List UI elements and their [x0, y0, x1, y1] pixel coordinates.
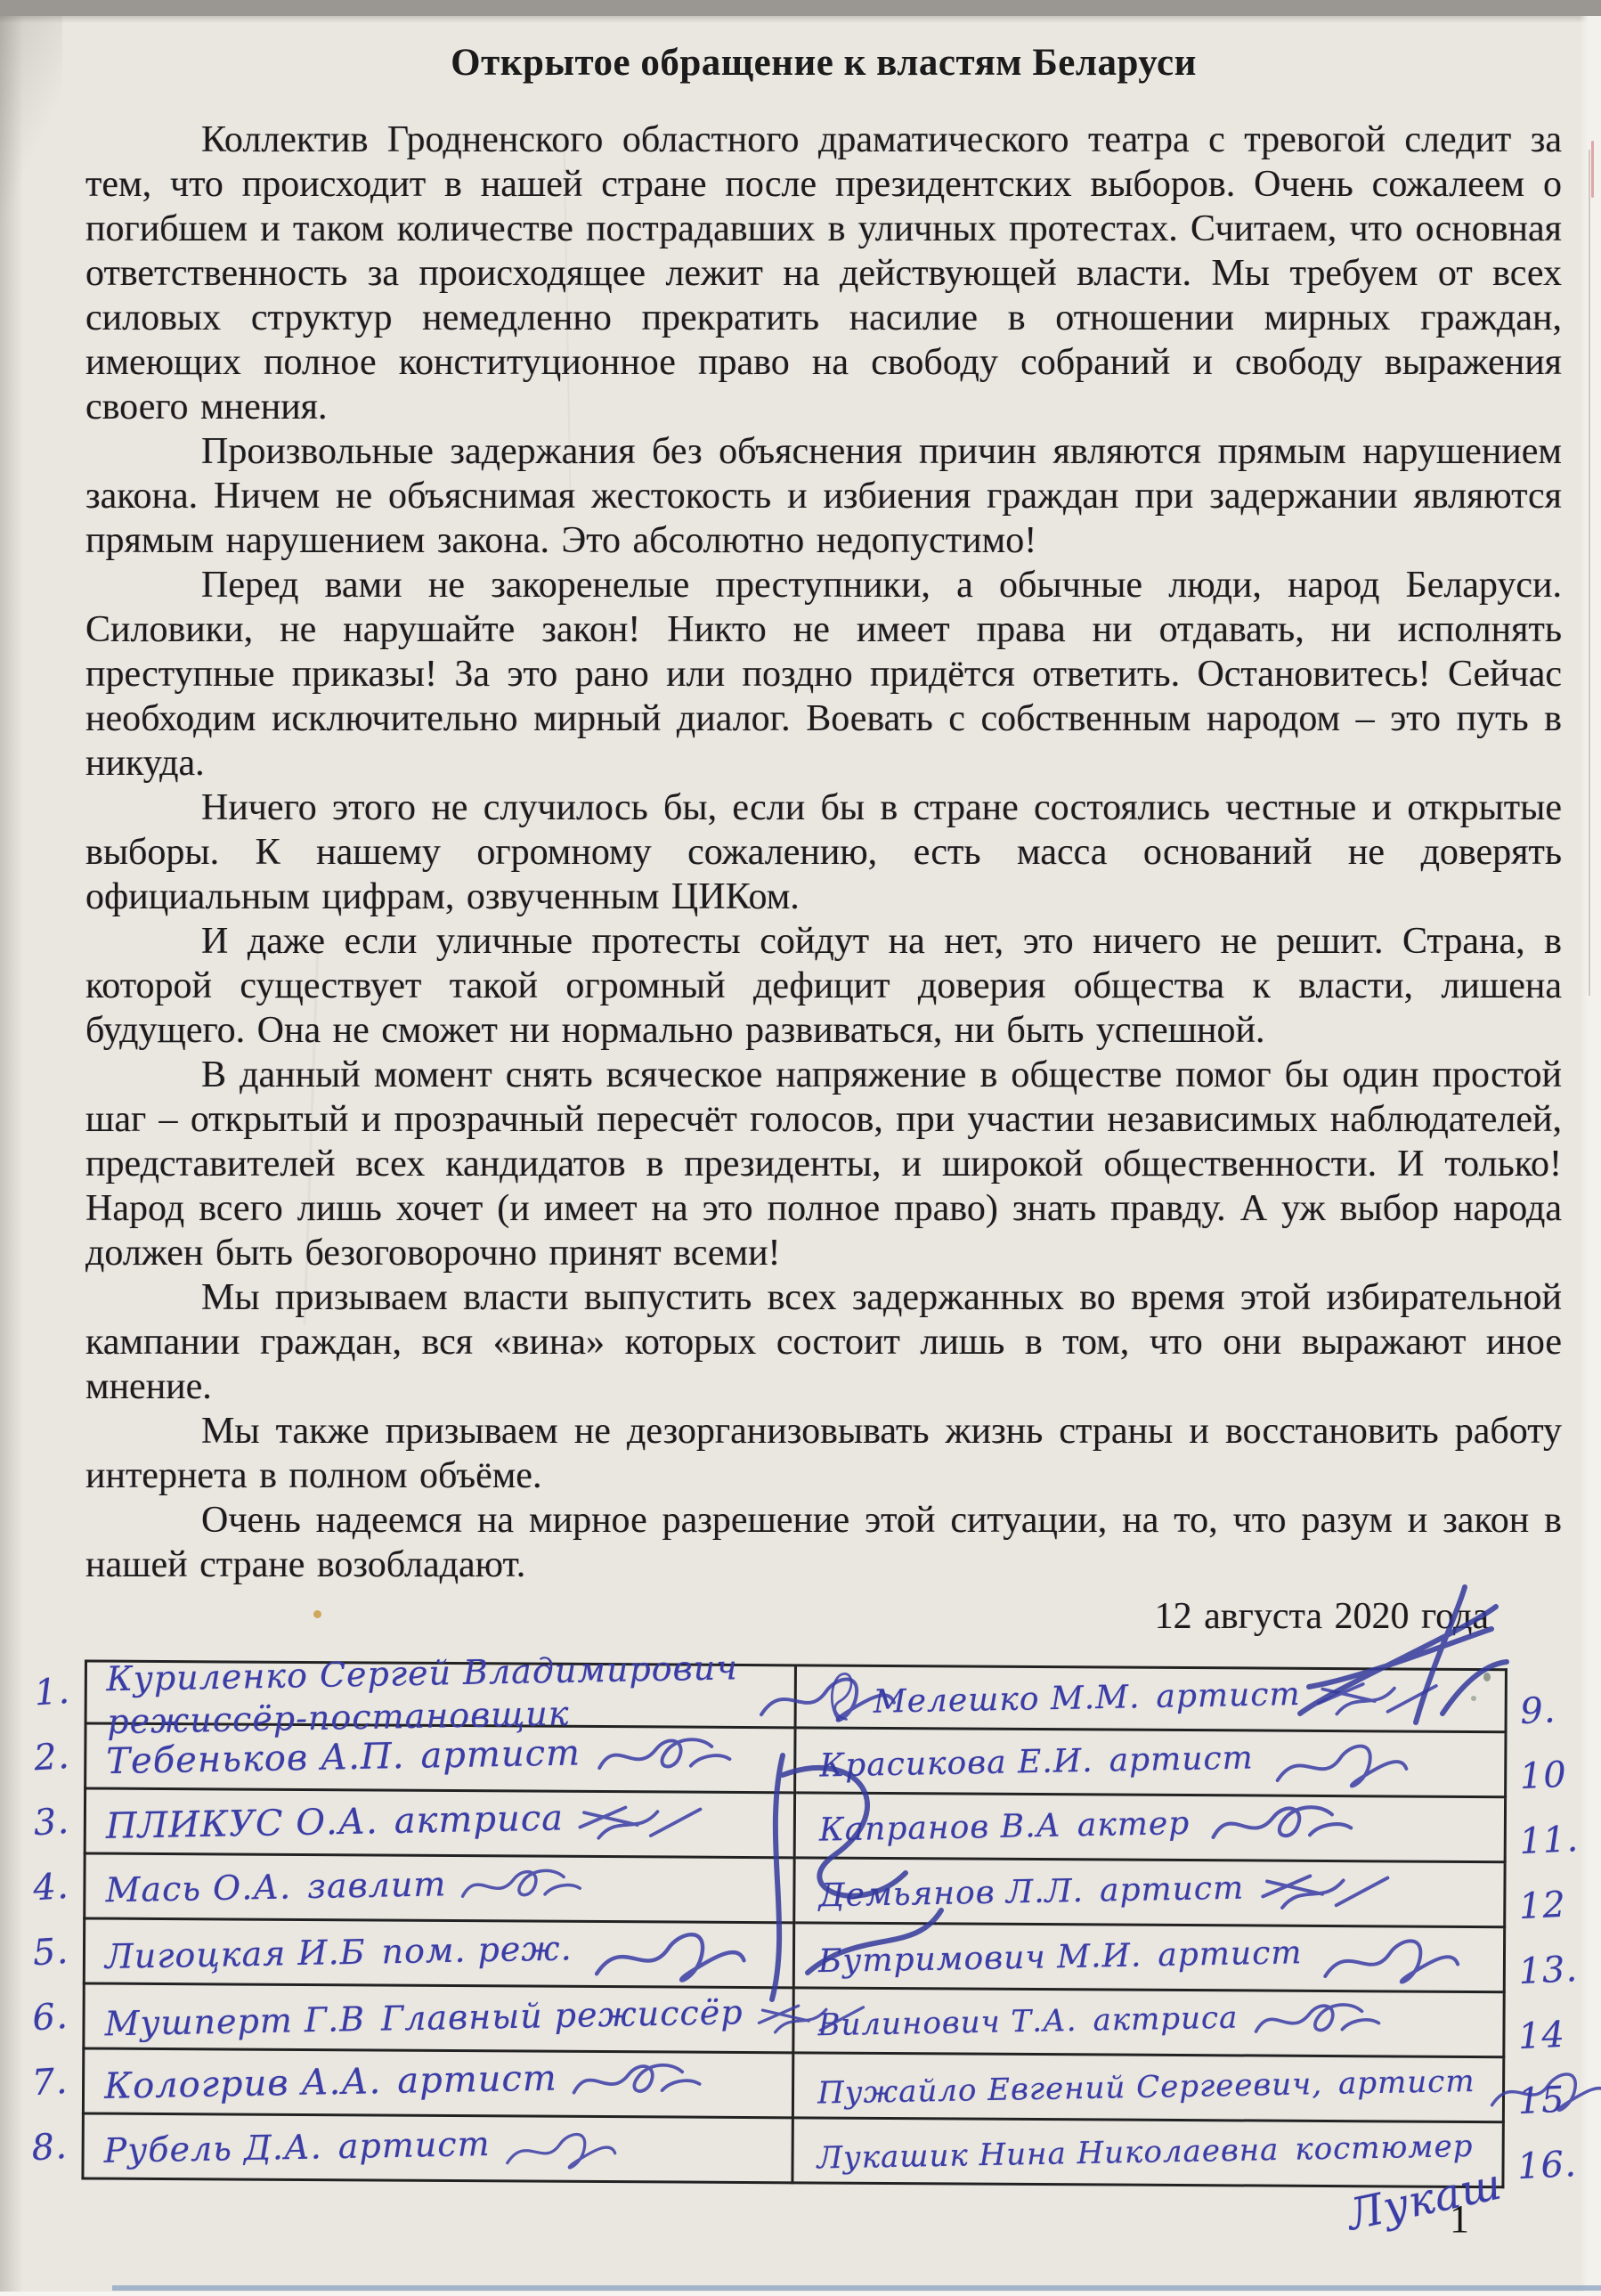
row-number: 3. — [13, 1787, 85, 1857]
signature-flourish — [1256, 1862, 1399, 1926]
signature-flourish — [1312, 1670, 1446, 1730]
signatory-name: Мушперт Г.В — [104, 1999, 365, 2043]
signatory-name: Капранов В.А — [819, 1807, 1062, 1848]
signature-flourish — [593, 1728, 735, 1791]
signatory-name: Куриленко Сергей Владимирович — [106, 1654, 738, 1692]
signature-row: Кологрив А.А. артист — [82, 2049, 794, 2119]
signature-flourish — [820, 1667, 861, 1726]
signature-row: Капранов В.А актер — [796, 1794, 1507, 1863]
paragraph-9: Очень надеемся на мирное разрешение этой… — [85, 1498, 1562, 1587]
signature-row: Куриленко Сергей Владимирович режиссёр-п… — [85, 1659, 797, 1729]
row-number: 15 — [1504, 2065, 1593, 2134]
signatory-name: Кологрив А.А. — [104, 2061, 382, 2107]
row-number: 1. — [14, 1657, 86, 1727]
paragraph-8: Мы также призываем не дезорганизовывать … — [85, 1409, 1562, 1498]
signature-flourish — [1266, 1732, 1418, 1795]
signatory-name: Рубель Д.А. — [103, 2127, 322, 2170]
signatory-name: Красикова Е.И. — [819, 1742, 1093, 1784]
paper-fold-crease — [1589, 150, 1590, 996]
scan-red-mark — [1591, 141, 1594, 198]
signatory-role: артист — [397, 2058, 557, 2102]
signature-row: ПЛИКУС О.А. актриса — [84, 1789, 796, 1859]
signatory-role: артист — [1338, 2064, 1475, 2102]
row-number: 2. — [13, 1722, 85, 1792]
row-number: 11. — [1506, 1805, 1595, 1874]
signature-flourish — [1250, 1993, 1384, 2053]
signatory-role: артист — [420, 1732, 581, 1776]
signature-row: Красикова Е.И. артист — [796, 1729, 1507, 1798]
paragraph-7: Мы призываем власти выпустить всех задер… — [85, 1275, 1562, 1409]
signature-row: Тебеньков А.П. артист — [84, 1724, 796, 1794]
row-number: 8. — [11, 2113, 83, 2182]
signatory-role: костюмер — [1295, 2129, 1474, 2168]
paragraph-2: Произвольные задержания без объяснения п… — [85, 429, 1562, 563]
signature-row: Демьянов Л.Л. артист — [795, 1859, 1506, 1928]
signature-row: Пужайло Евгений Сергеевич, артист — [794, 2054, 1505, 2123]
paragraph-6: В данный момент снять всяческое напряжен… — [85, 1053, 1562, 1275]
signatory-name: Мась О.А. — [105, 1867, 291, 1909]
signatory-role: актриса — [394, 1797, 564, 1841]
scanner-bed-edge — [0, 2292, 1601, 2296]
signature-flourish — [570, 2053, 703, 2116]
row-number: 10 — [1506, 1740, 1595, 1809]
date-line: 12 августа 2020 года — [85, 1594, 1562, 1639]
row-number: 13. — [1505, 1935, 1594, 2004]
signatory-role: завлит — [307, 1864, 447, 1906]
row-number: 9. — [1507, 1675, 1596, 1744]
signatory-role: артист — [1158, 1934, 1303, 1974]
paragraph-3: Перед вами не закоренелые преступники, а… — [85, 563, 1562, 786]
row-number: 5. — [12, 1917, 85, 1987]
signature-row: Мась О.А. завлит — [83, 1854, 795, 1924]
signatory-name: Демьянов Л.Л. — [818, 1872, 1084, 1913]
signature-row: Бутримович М.И. артист — [795, 1924, 1506, 1993]
signatory-role: актриса — [1093, 2000, 1239, 2039]
paragraph-1: Коллектив Гродненского областного драмат… — [85, 118, 1562, 429]
signatory-role: Главный режиссёр — [381, 1992, 744, 2038]
signatory-name: Вилинович Т.А. — [817, 2003, 1077, 2043]
signature-flourish — [459, 1860, 583, 1917]
signatory-role: артист — [1156, 1676, 1301, 1715]
scan-edge-shadow-top — [0, 16, 1601, 23]
signature-row: Рубель Д.А. артист — [81, 2114, 793, 2184]
signatory-name: Бутримович М.И. — [818, 1937, 1142, 1980]
scanned-letter-page: Открытое обращение к властям Беларуси Ко… — [0, 16, 1601, 2296]
signatory-role: артист — [337, 2124, 491, 2166]
signature-row: Вилинович Т.А. актриса — [794, 1989, 1505, 2058]
signature-flourish — [584, 1918, 753, 1991]
signature-flourish — [1314, 1926, 1466, 1991]
signatory-name: Пужайло Евгений Сергеевич, — [817, 2066, 1323, 2111]
signatory-role: артист — [1100, 1869, 1245, 1909]
signature-flourish — [1202, 1795, 1362, 1861]
row-number: 4. — [12, 1852, 85, 1922]
signature-flourish — [576, 1793, 710, 1856]
row-number: 14 — [1504, 2000, 1593, 2069]
paper-corner-fold — [0, 16, 62, 239]
signature-row: Мелешко М.М. артист — [797, 1664, 1508, 1733]
letter-text: Коллектив Гродненского областного драмат… — [85, 118, 1562, 1712]
page-number: 1 — [1450, 2196, 1469, 2242]
signature-row: Лукашик Нина Николаевна костюмер — [793, 2119, 1504, 2188]
signature-row: Мушперт Г.В Главный режиссёр — [82, 1984, 794, 2054]
scanner-bed-edge — [112, 2285, 1601, 2291]
row-number: 16. — [1503, 2130, 1592, 2199]
signatory-role: пом. реж. — [381, 1928, 573, 1971]
signatory-name: Лигоцкая И.Б — [105, 1933, 366, 1976]
signatory-name: Лукашик Нина Николаевна — [817, 2132, 1279, 2176]
letter-body: Открытое обращение к властям Беларуси Ко… — [85, 39, 1562, 1712]
signatory-role: актер — [1077, 1804, 1190, 1843]
signature-table: 1. Куриленко Сергей Владимирович режиссё… — [12, 1659, 1594, 2189]
letter-title: Открытое обращение к властям Беларуси — [85, 39, 1562, 87]
row-number: 12 — [1505, 1870, 1594, 1939]
signature-flourish — [502, 2121, 618, 2177]
row-number: 6. — [12, 1983, 84, 2052]
signatory-role: артист — [1109, 1739, 1254, 1779]
signatory-name: ПЛИКУС О.А. — [106, 1801, 379, 1847]
signature-row: Лигоцкая И.Б пом. реж. — [83, 1919, 795, 1989]
paragraph-5: И даже если уличные протесты сойдут на н… — [85, 919, 1562, 1053]
row-number: 7. — [12, 2048, 84, 2117]
signatory-name: Мелешко М.М. — [873, 1679, 1140, 1720]
paragraph-4: Ничего этого не случилось бы, если бы в … — [85, 786, 1562, 919]
signatory-name: Тебеньков А.П. — [106, 1736, 405, 1782]
